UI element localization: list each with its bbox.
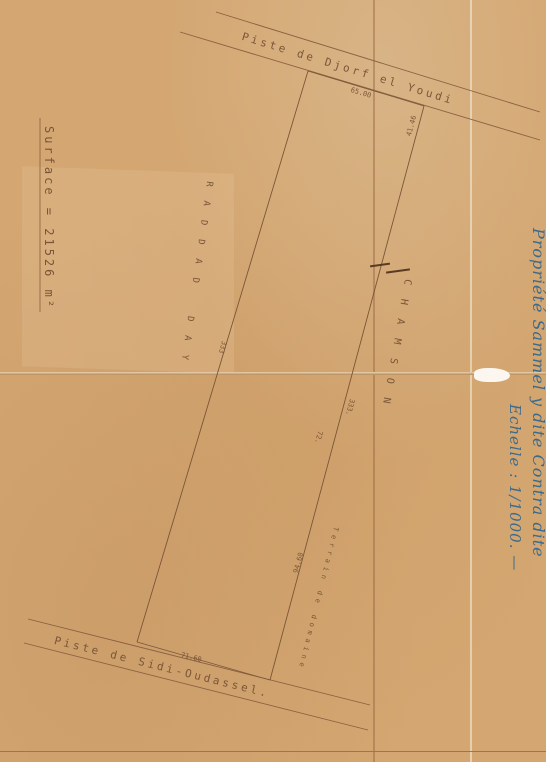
parcel-left-boundary bbox=[137, 71, 308, 642]
top-road-edge-lower bbox=[180, 32, 540, 140]
handwritten-title: Propriété Sammel y dite Contra dite bbox=[529, 228, 548, 558]
top-road-edge-upper bbox=[216, 12, 540, 112]
surface-area-label: Surface = 21526 m² bbox=[42, 126, 56, 310]
handwritten-scale: Echelle : 1/1000. — bbox=[506, 404, 524, 571]
parcel-right-boundary bbox=[270, 106, 424, 680]
